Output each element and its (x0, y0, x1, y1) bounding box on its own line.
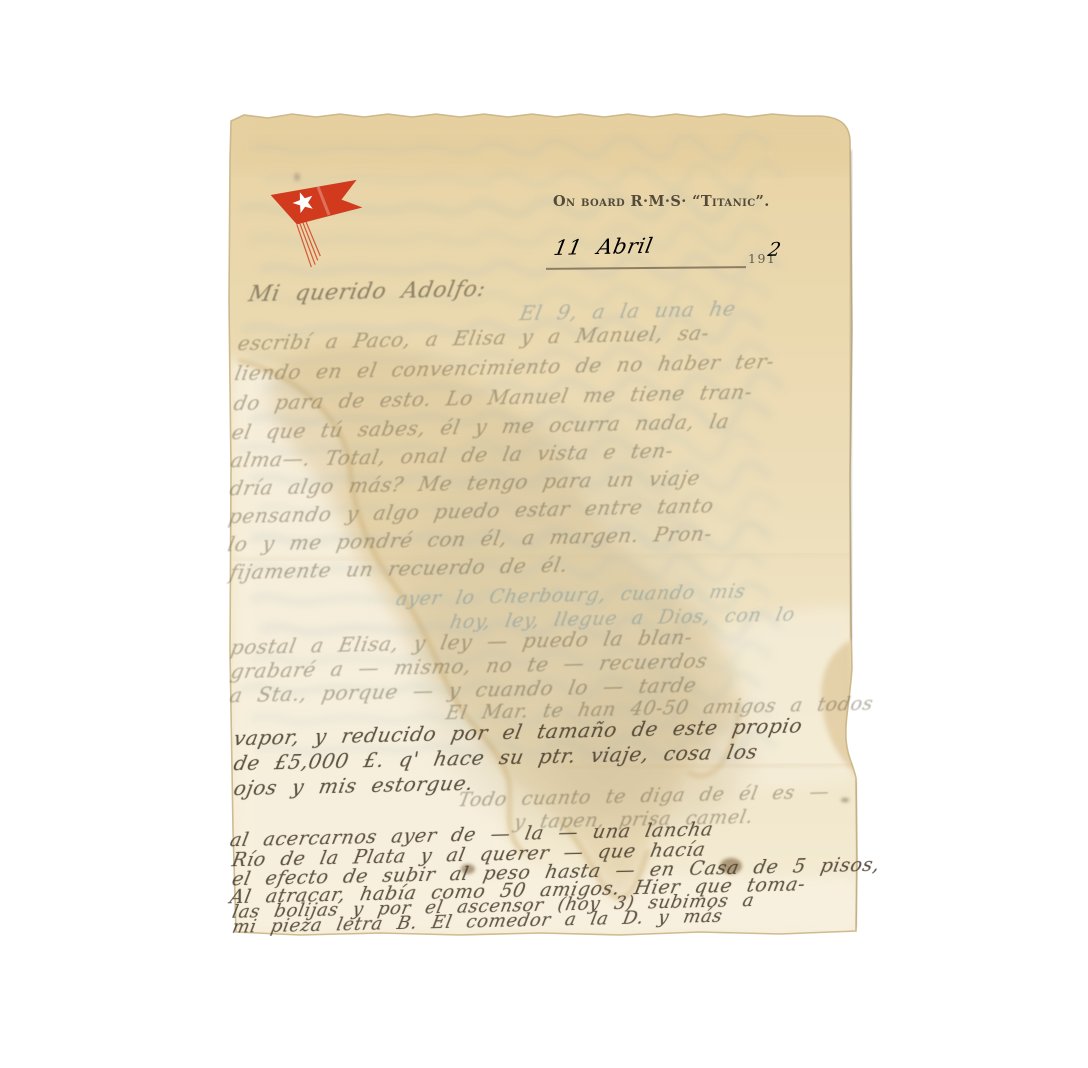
handwriting-line: El 9, a la una he (518, 298, 737, 323)
letterhead-text: On board R·M·S· “Titanic”. (553, 193, 770, 210)
date-handwritten: 11 Abril (552, 236, 655, 259)
letter-photo: On board R·M·S· “Titanic”. 11 Abril 191 … (0, 0, 1088, 1068)
handwriting-line: ojos y mis estorgue. (232, 773, 475, 798)
salutation: Mi querido Adolfo: (247, 279, 488, 306)
